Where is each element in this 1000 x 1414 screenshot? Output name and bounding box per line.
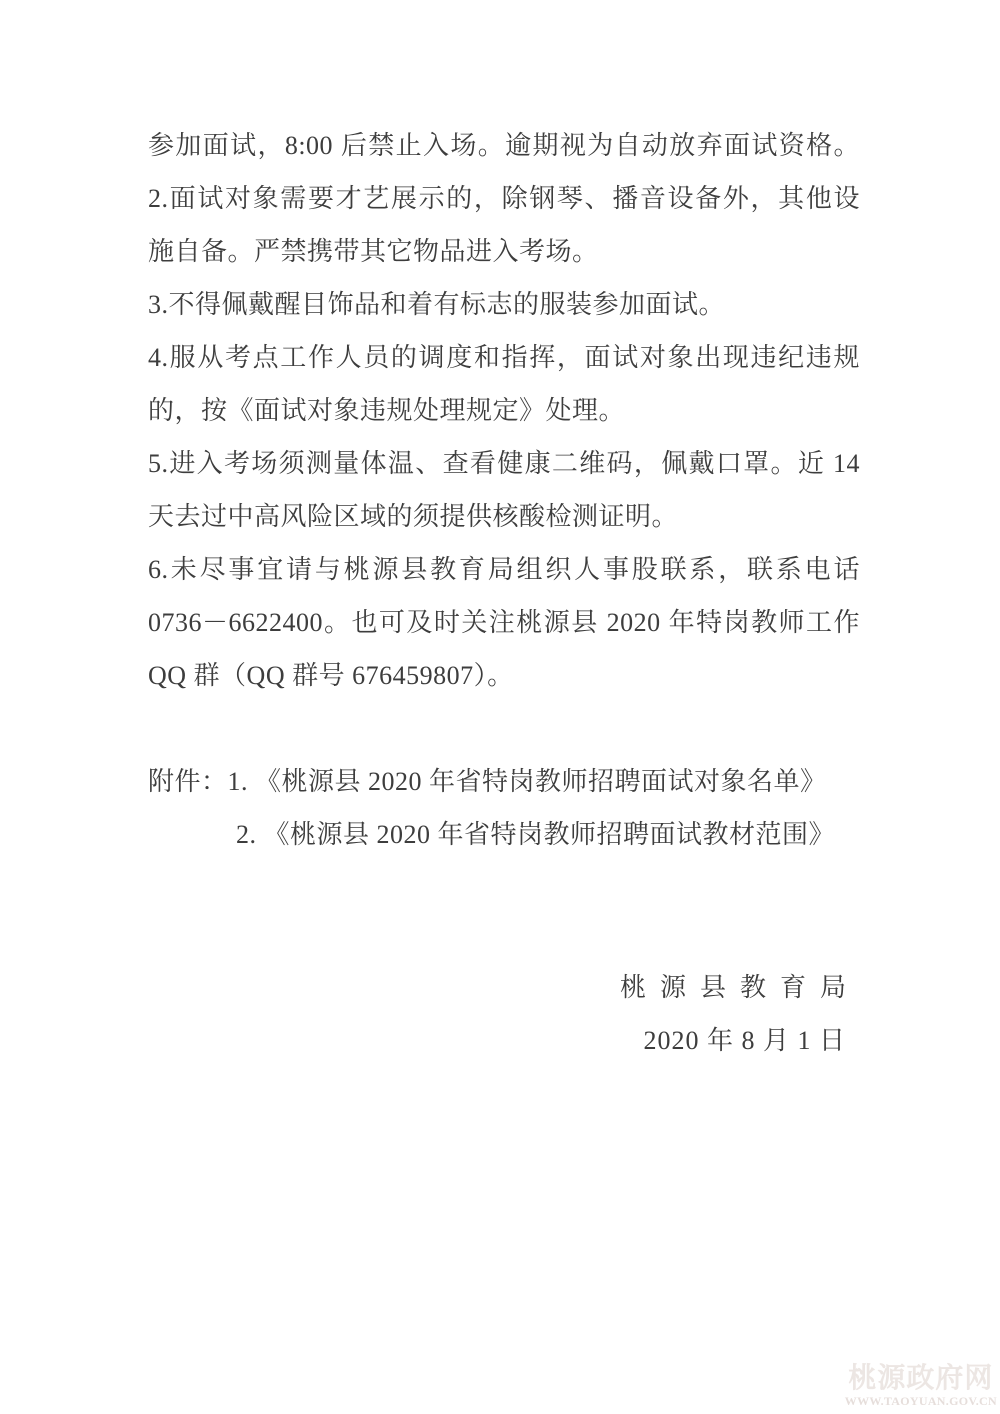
document-body: 参加面试，8:00 后禁止入场。逾期视为自动放弃面试资格。 2.面试对象需要才艺… — [148, 119, 860, 1067]
watermark-url: WWW.TAOYUAN.GOV.CN — [845, 1394, 997, 1408]
body-line-7: 5.进入考场须测量体温、查看健康二维码，佩戴口罩。近 14 — [148, 437, 860, 490]
watermark-title: 桃源政府网 — [845, 1364, 997, 1393]
body-line-4: 3.不得佩戴醒目饰品和着有标志的服装参加面试。 — [148, 278, 860, 331]
signature-date: 2020 年 8 月 1 日 — [148, 1014, 860, 1067]
attachment-line-2: 2. 《桃源县 2020 年省特岗教师招聘面试教材范围》 — [148, 808, 860, 861]
site-watermark: 桃源政府网 WWW.TAOYUAN.GOV.CN — [845, 1364, 997, 1408]
body-line-8: 天去过中高风险区域的须提供核酸检测证明。 — [148, 490, 860, 543]
body-line-3: 施自备。严禁携带其它物品进入考场。 — [148, 225, 860, 278]
signature-org: 桃源县教育局 — [148, 961, 860, 1014]
body-line-10: 0736－6622400。也可及时关注桃源县 2020 年特岗教师工作 — [148, 596, 860, 649]
body-line-11: QQ 群（QQ 群号 676459807）。 — [148, 649, 860, 702]
body-line-2: 2.面试对象需要才艺展示的，除钢琴、播音设备外，其他设 — [148, 172, 860, 225]
blank-space — [148, 861, 860, 961]
document-page: 参加面试，8:00 后禁止入场。逾期视为自动放弃面试资格。 2.面试对象需要才艺… — [0, 0, 1000, 1414]
attachment-line-1: 附件：1. 《桃源县 2020 年省特岗教师招聘面试对象名单》 — [148, 755, 860, 808]
body-line-1: 参加面试，8:00 后禁止入场。逾期视为自动放弃面试资格。 — [148, 119, 860, 172]
blank-line — [148, 702, 860, 755]
body-line-6: 的，按《面试对象违规处理规定》处理。 — [148, 384, 860, 437]
body-line-5: 4.服从考点工作人员的调度和指挥，面试对象出现违纪违规 — [148, 331, 860, 384]
body-line-9: 6.未尽事宜请与桃源县教育局组织人事股联系，联系电话 — [148, 543, 860, 596]
